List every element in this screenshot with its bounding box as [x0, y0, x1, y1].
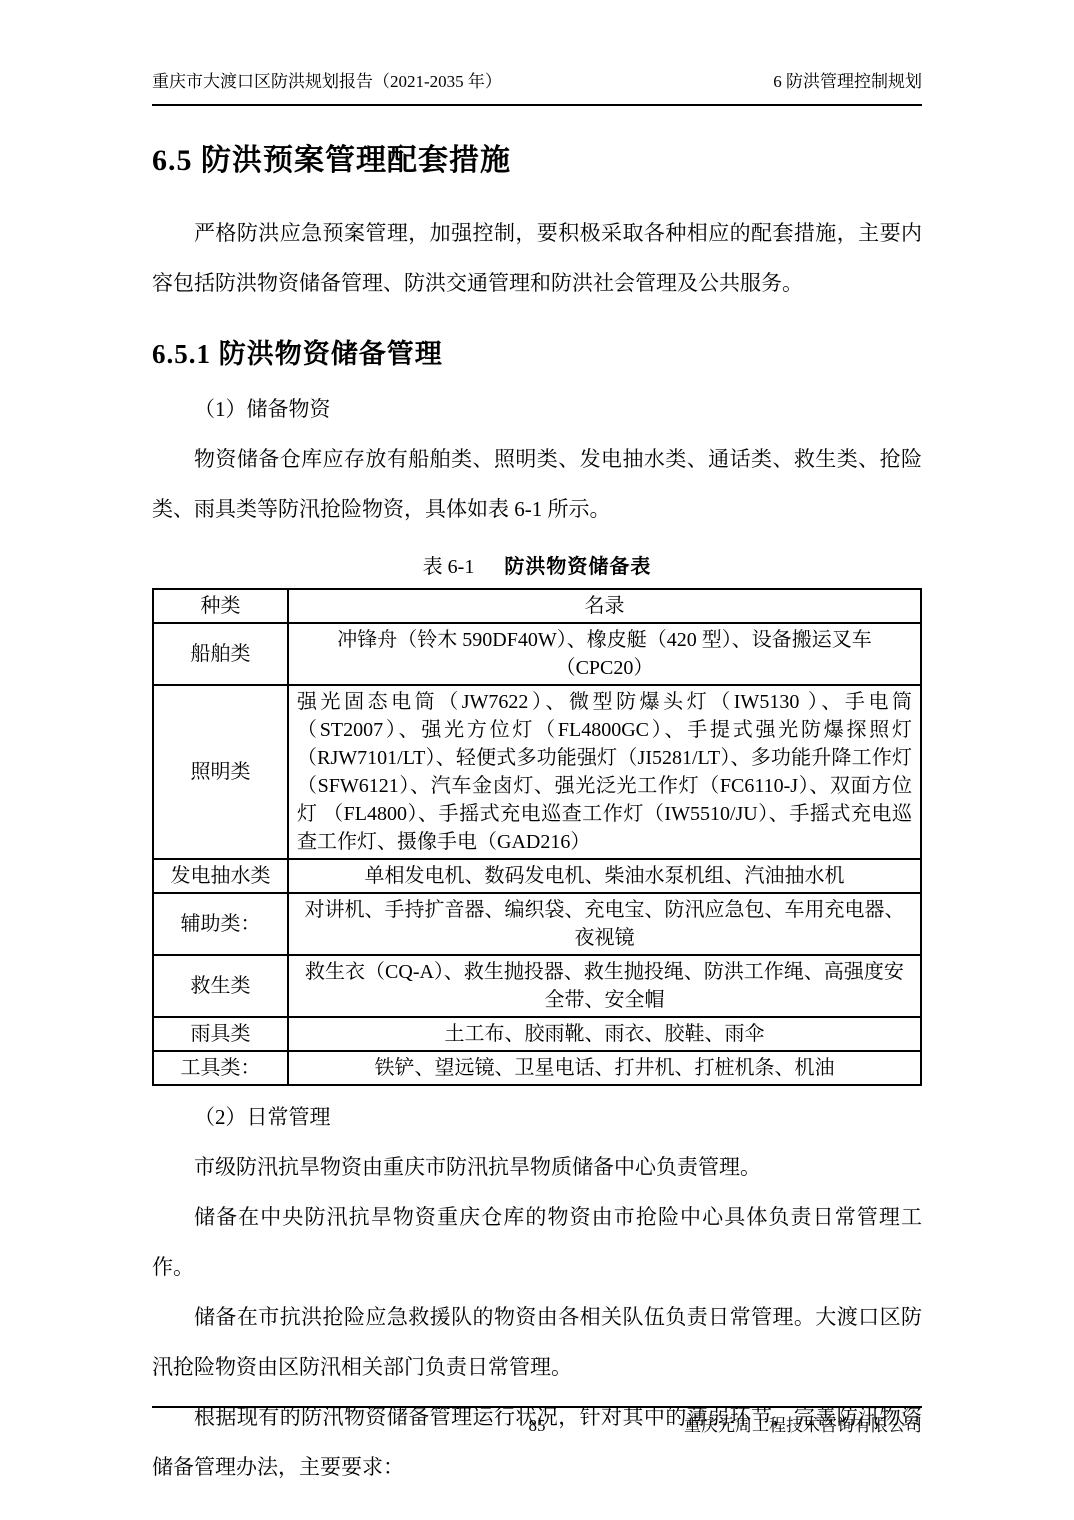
page-number: 85 [152, 1415, 922, 1437]
table-row-tools: 工具类： 铁铲、望远镜、卫星电话、打井机、打桩机条、机油 [153, 1051, 921, 1085]
items-cell: 土工布、胶雨靴、雨衣、胶鞋、雨伞 [288, 1017, 921, 1051]
table-row-lifesaving: 救生类 救生衣（CQ-A）、救生抛投器、救生抛投绳、防洪工作绳、高强度安全带、安… [153, 955, 921, 1017]
page-content: 6.5 防洪预案管理配套措施 严格防洪应急预案管理，加强控制，要积极采取各种相应… [152, 104, 922, 1492]
category-cell: 救生类 [153, 955, 288, 1017]
intro-paragraph: 严格防洪应急预案管理，加强控制，要积极采取各种相应的配套措施，主要内容包括防洪物… [152, 208, 922, 308]
header-cell-category: 种类 [153, 589, 288, 623]
items-cell: 铁铲、望远镜、卫星电话、打井机、打桩机条、机油 [288, 1051, 921, 1085]
daily-management-paragraph-2: 储备在中央防汛抗旱物资重庆仓库的物资由市抢险中心具体负责日常管理工作。 [152, 1192, 922, 1292]
header-chapter-title: 6 防洪管理控制规划 [773, 70, 922, 93]
table-row-lighting: 照明类 强光固态电筒（JW7622）、微型防爆头灯（IW5130 ）、手电筒（S… [153, 685, 921, 859]
table-row-auxiliary: 辅助类： 对讲机、手持扩音器、编织袋、充电宝、防汛应急包、车用充电器、夜视镜 [153, 893, 921, 955]
daily-management-paragraph-3: 储备在市抗洪抢险应急救援队的物资由各相关队伍负责日常管理。大渡口区防汛抢险物资由… [152, 1292, 922, 1392]
category-cell: 辅助类： [153, 893, 288, 955]
items-cell: 救生衣（CQ-A）、救生抛投器、救生抛投绳、防洪工作绳、高强度安全带、安全帽 [288, 955, 921, 1017]
table-row-boats: 船舶类 冲锋舟（铃木 590DF40W）、橡皮艇（420 型）、设备搬运叉车（C… [153, 623, 921, 685]
running-header: 重庆市大渡口区防洪规划报告（2021-2035 年） 6 防洪管理控制规划 [152, 70, 922, 106]
supplies-paragraph: 物资储备仓库应存放有船舶类、照明类、发电抽水类、通话类、救生类、抢险类、雨具类等… [152, 434, 922, 534]
header-report-title: 重庆市大渡口区防洪规划报告（2021-2035 年） [152, 70, 502, 93]
header-cell-list: 名录 [288, 589, 921, 623]
category-cell: 船舶类 [153, 623, 288, 685]
daily-management-paragraph-1: 市级防汛抗旱物资由重庆市防汛抗旱物质储备中心负责管理。 [152, 1142, 922, 1192]
section-heading-6-5: 6.5 防洪预案管理配套措施 [152, 140, 922, 182]
section-heading-6-5-1: 6.5.1 防洪物资储备管理 [152, 334, 922, 374]
category-cell: 发电抽水类 [153, 859, 288, 893]
table-row-generators: 发电抽水类 单相发电机、数码发电机、柴油水泵机组、汽油抽水机 [153, 859, 921, 893]
category-cell: 照明类 [153, 685, 288, 859]
table-caption-number: 表 6-1 [423, 556, 475, 578]
document-page: 重庆市大渡口区防洪规划报告（2021-2035 年） 6 防洪管理控制规划 6.… [0, 0, 1074, 1520]
table-header-row: 种类 名录 [153, 589, 921, 623]
items-cell: 单相发电机、数码发电机、柴油水泵机组、汽油抽水机 [288, 859, 921, 893]
table-row-rainwear: 雨具类 土工布、胶雨靴、雨衣、胶鞋、雨伞 [153, 1017, 921, 1051]
list-item-1-label: （1）储备物资 [152, 384, 922, 434]
table-caption: 表 6-1防洪物资储备表 [152, 552, 922, 582]
category-cell: 工具类： [153, 1051, 288, 1085]
supplies-table: 种类 名录 船舶类 冲锋舟（铃木 590DF40W）、橡皮艇（420 型）、设备… [152, 588, 922, 1086]
table-caption-title: 防洪物资储备表 [504, 556, 651, 578]
list-item-2-label: （2）日常管理 [152, 1092, 922, 1142]
category-cell: 雨具类 [153, 1017, 288, 1051]
running-footer: 85 重庆元周工程技术咨询有限公司 [152, 1406, 922, 1437]
items-cell: 强光固态电筒（JW7622）、微型防爆头灯（IW5130 ）、手电筒（ST200… [288, 685, 921, 859]
items-cell: 冲锋舟（铃木 590DF40W）、橡皮艇（420 型）、设备搬运叉车（CPC20… [288, 623, 921, 685]
items-cell: 对讲机、手持扩音器、编织袋、充电宝、防汛应急包、车用充电器、夜视镜 [288, 893, 921, 955]
